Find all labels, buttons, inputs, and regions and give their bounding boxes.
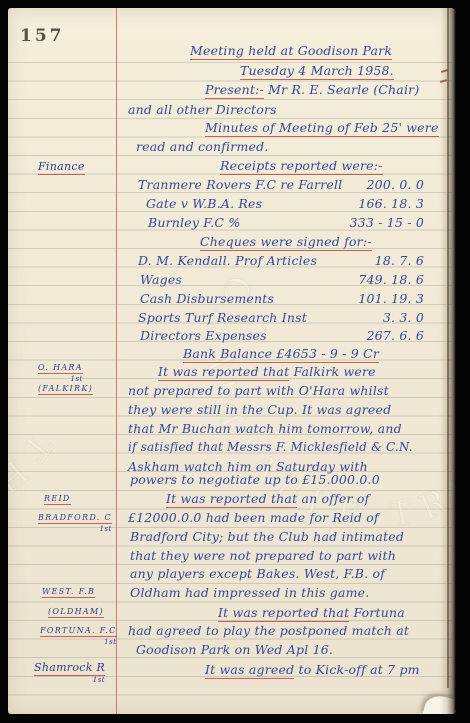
receipt-row: Tranmere Rovers F.C re Farrell (138, 178, 342, 192)
scanned-minutes-page: THE EVERTON COLLECTION CHARITABLE TRUST … (0, 0, 470, 723)
receipt-amount: 200. 0. 0 (336, 178, 424, 192)
bank-balance-line: Bank Balance £4653 - 9 - 9 Cr (183, 347, 379, 361)
margin-label-bradford: BRADFORD. C1st (38, 513, 112, 533)
meeting-title-line: Meeting held at Goodison Park (190, 44, 392, 58)
meeting-date-line: Tuesday 4 March 1958. (240, 64, 394, 78)
present-line: Present:- Mr R. E. Searle (Chair) (205, 83, 419, 97)
reid-line: any players except Bakes. West, F.B. of (130, 567, 385, 581)
fortuna-line: Goodison Park on Wed Apl 16. (136, 643, 333, 657)
cheque-row: Wages (140, 273, 182, 287)
attendees-line: and all other Directors (128, 103, 277, 117)
minutes-confirmed-line1: Minutes of Meeting of Feb 25' were (205, 121, 439, 135)
cheque-amount: 18. 7. 6 (336, 254, 424, 268)
margin-label-finance: Finance (38, 160, 85, 173)
cheque-row: Sports Turf Research Inst (138, 311, 307, 325)
margin-label-west: WEST. F.B (42, 587, 95, 597)
margin-label-oldham: (OLDHAM) (48, 607, 104, 617)
fortuna-line: It was reported that Fortuna (218, 606, 405, 620)
receipt-row: Gate v W.B.A. Res (146, 197, 262, 211)
ohara-line: It was reported that Falkirk were (158, 365, 376, 379)
cheque-row: Cash Disbursements (140, 292, 274, 306)
shamrock-line: It was agreed to Kick-off at 7 pm (205, 663, 420, 677)
margin-rule-line (116, 8, 117, 714)
receipt-row: Burnley F.C % (148, 216, 240, 230)
margin-label-falkirk: (FALKIRK) (38, 384, 93, 394)
margin-label-reid: REID (44, 494, 71, 504)
ohara-line: they were still in the Cup. It was agree… (128, 403, 391, 417)
cheque-amount: 3. 3. 0 (336, 311, 424, 325)
ohara-line: if satisfied that Messrs F. Micklesfield… (128, 441, 413, 455)
reid-line: Oldham had impressed in this game. (130, 586, 369, 600)
page-number-stamp: 157 (20, 26, 65, 46)
margin-label-ohara: O. HARA1st (38, 363, 83, 383)
reid-line: £12000.0.0 had been made for Reid of (128, 511, 379, 525)
receipt-amount: 333 - 15 - 0 (336, 216, 424, 230)
cheque-amount: 267. 6. 6 (336, 329, 424, 343)
ohara-line: powers to negotiate up to £15.000.0.0 (130, 473, 380, 487)
margin-label-fortuna: FORTUNA. F.C1st (40, 626, 117, 646)
cheque-row: D. M. Kendall. Prof Articles (138, 254, 317, 268)
margin-label-shamrock: Shamrock R1st (34, 661, 105, 685)
cheques-heading: Cheques were signed for:- (200, 235, 372, 249)
ohara-line: that Mr Buchan watch him tomorrow, and (128, 422, 402, 436)
reid-line: It was reported that an offer of (166, 492, 369, 506)
page-edge-shadow (440, 8, 456, 714)
minutes-confirmed-line2: read and confirmed. (136, 140, 268, 154)
ohara-line: not prepared to part with O'Hara whilst (128, 384, 389, 398)
reid-line: Bradford City; but the Club had intimate… (130, 530, 404, 544)
cheque-amount: 749. 18. 6 (336, 273, 424, 287)
receipts-heading: Receipts reported were:- (220, 159, 383, 173)
cheque-row: Directors Expenses (140, 329, 267, 343)
ledger-paper: THE EVERTON COLLECTION CHARITABLE TRUST … (8, 8, 456, 714)
fortuna-line: had agreed to play the postponed match a… (128, 624, 409, 638)
cheque-amount: 101. 19. 3 (336, 292, 424, 306)
receipt-amount: 166. 18. 3 (336, 197, 424, 211)
reid-line: that they were not prepared to part with (130, 549, 396, 563)
